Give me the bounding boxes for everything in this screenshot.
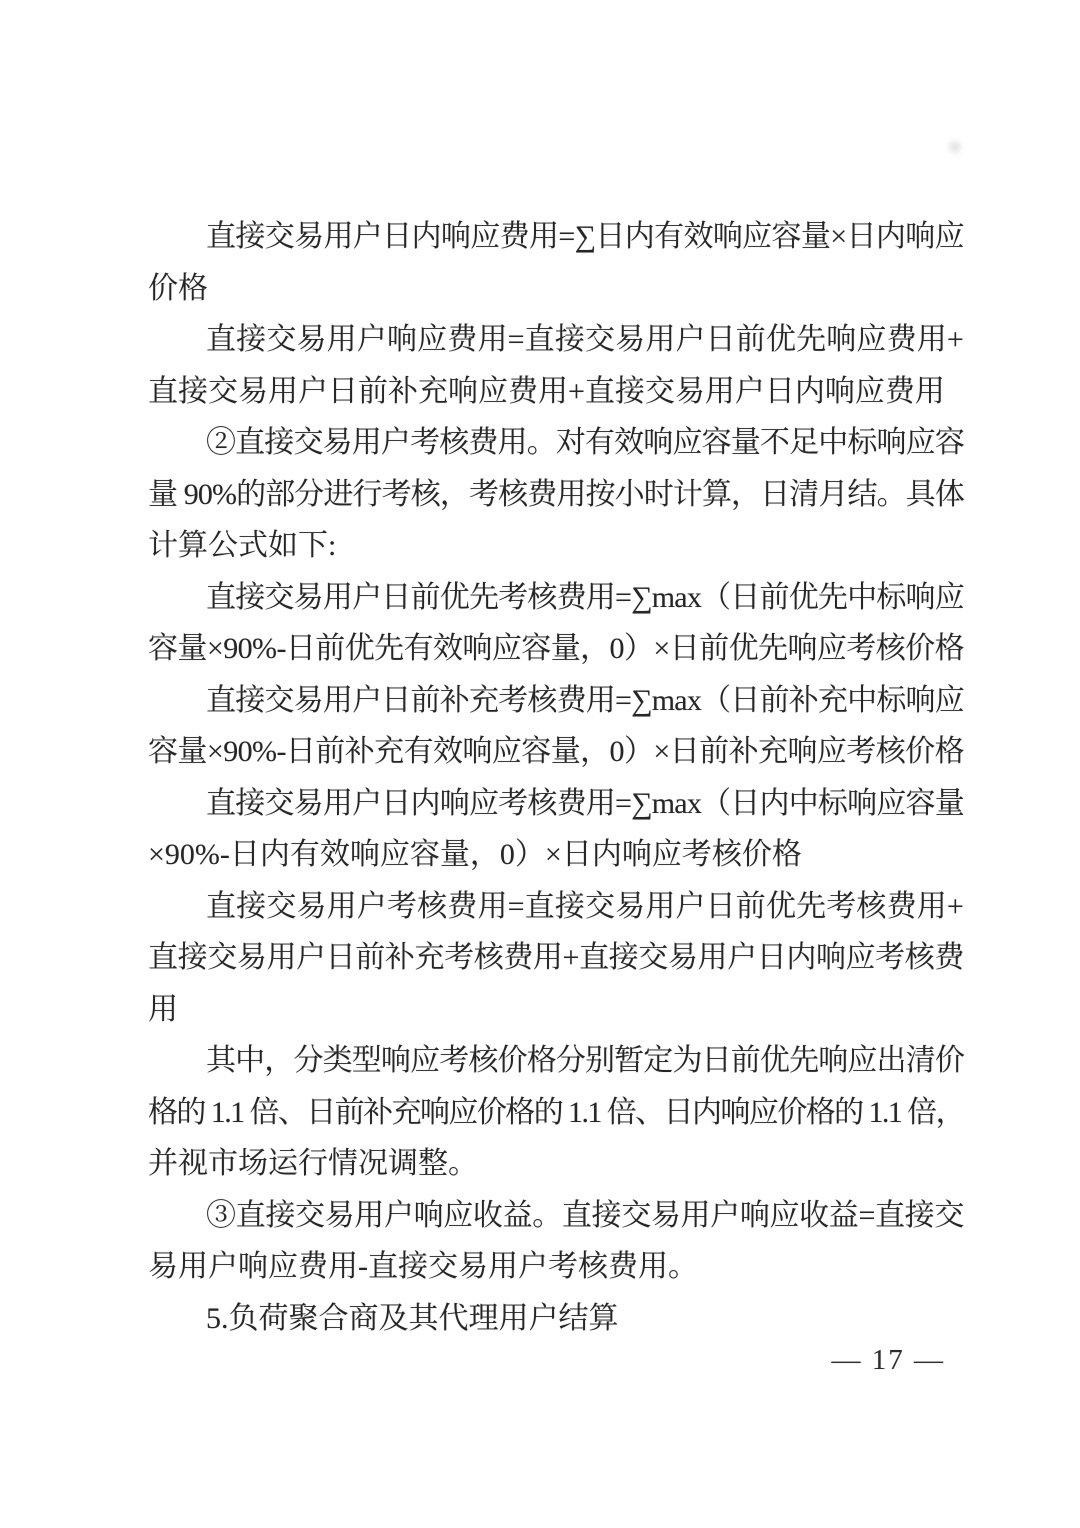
text-line: 直接交易用户日内响应考核费用=∑max（日内中标响应容量 <box>206 778 964 830</box>
text-line: 其中，分类型响应考核价格分别暂定为日前优先响应出清价 <box>206 1035 964 1087</box>
text-line: 容量×90%-日前补充有效响应容量，0）×日前补充响应考核价格 <box>148 726 964 778</box>
text-line: 直接交易用户日前补充考核费用+直接交易用户日内响应考核费 <box>148 932 964 984</box>
text-line: 价格 <box>148 263 964 315</box>
body-text: 直接交易用户日内响应费用=∑日内有效响应容量×日内响应 价格 直接交易用户响应费… <box>148 211 964 1344</box>
text-line: 并视市场运行情况调整。 <box>148 1138 964 1190</box>
text-line section-heading: 5.负荷聚合商及其代理用户结算 <box>206 1293 964 1345</box>
text-line: ×90%-日内有效响应容量，0）×日内响应考核价格 <box>148 829 964 881</box>
text-line: 直接交易用户日前补充响应费用+直接交易用户日内响应费用 <box>148 366 964 418</box>
text-line: 直接交易用户日前补充考核费用=∑max（日前补充中标响应 <box>206 675 964 727</box>
text-line: 用 <box>148 984 964 1036</box>
text-line: 易用户响应费用-直接交易用户考核费用。 <box>148 1241 964 1293</box>
text-line: 计算公式如下: <box>148 520 964 572</box>
text-line: 直接交易用户考核费用=直接交易用户日前优先考核费用+ <box>206 881 964 933</box>
document-page: 直接交易用户日内响应费用=∑日内有效响应容量×日内响应 价格 直接交易用户响应费… <box>0 0 1080 1528</box>
text-line: 量 90%的部分进行考核，考核费用按小时计算，日清月结。具体 <box>148 469 964 521</box>
page-number: — 17 — <box>832 1342 946 1378</box>
text-line: ③直接交易用户响应收益。直接交易用户响应收益=直接交 <box>206 1190 964 1242</box>
text-line: 直接交易用户日内响应费用=∑日内有效响应容量×日内响应 <box>206 211 964 263</box>
text-line: 容量×90%-日前优先有效响应容量，0）×日前优先响应考核价格 <box>148 623 964 675</box>
scan-smudge-artifact <box>946 138 964 156</box>
text-line: 直接交易用户响应费用=直接交易用户日前优先响应费用+ <box>206 314 964 366</box>
text-line: 格的 1.1 倍、日前补充响应价格的 1.1 倍、日内响应价格的 1.1 倍， <box>148 1087 964 1139</box>
text-line: 直接交易用户日前优先考核费用=∑max（日前优先中标响应 <box>206 572 964 624</box>
text-line: ②直接交易用户考核费用。对有效响应容量不足中标响应容 <box>206 417 964 469</box>
